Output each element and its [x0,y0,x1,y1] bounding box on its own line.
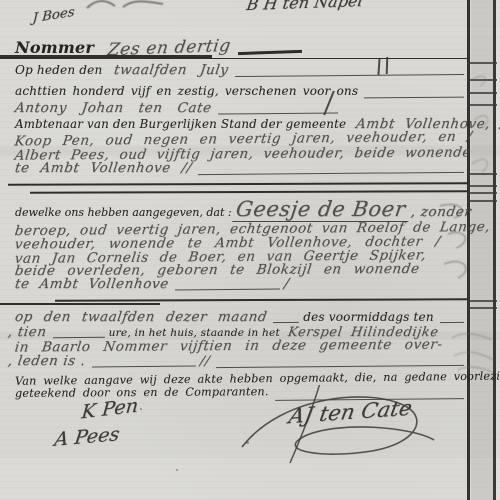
handwritten-death-date: op den twaalfden dezer maand [14,309,268,325]
pen-stroke [238,50,302,55]
margin-rule [468,200,497,202]
page-edge-light [496,0,500,500]
filler-stroke [440,322,464,323]
scanned-death-record: B H ten Napel J Boes Nommer Zes en derti… [0,0,500,500]
margin-rule [468,192,497,194]
signature-previous-registrar: B H ten Napel [245,0,364,14]
filler-stroke [273,322,299,323]
form-line-declaration: dewelke ons hebben aangegeven, dat : Gee… [15,197,468,221]
signature-witness-pees: A Pees [53,423,121,450]
filler-stroke [218,112,338,114]
handwritten-entry: , leden is . [7,353,87,369]
ink-dot [246,441,249,444]
section-rule [55,298,468,301]
margin-rule [468,300,497,302]
form-line-deceased-closing: , leden is . // [8,353,468,370]
margin-rule [468,185,497,187]
handwritten-entry: te Ambt Vollenhove [14,276,170,292]
section-rule [30,190,468,193]
filler-stroke [198,172,464,175]
signature-witness-boes: J Boes [32,5,75,26]
section-rule [0,303,160,305]
pen-flourish-mark: / [283,276,291,292]
form-line-date: Op heden den twaalfden July [15,62,468,79]
margin-rule [468,62,497,64]
ink-dot [140,408,142,410]
printed-form-text: des voormiddags ten [303,310,434,324]
filler-stroke [175,289,280,291]
printed-form-text: dewelke ons hebben aangegeven, dat : [15,206,232,219]
cut-signature-fragment [85,0,165,12]
form-line-residence: te Ambt Vollenhove // [15,160,468,177]
section-rule [8,182,468,185]
margin-rule [468,104,497,106]
filler-stroke [364,97,464,99]
ink-dot [176,469,178,471]
pen-flourish-mark: // [198,354,210,369]
form-line-registrar-name: Antony Johan ten Cate [15,100,468,117]
handwritten-registrar-name: Antony Johan ten Cate [14,100,213,116]
record-number-value: Zes en dertig [106,36,232,60]
nommer-label: Nommer [15,38,94,57]
page-fold-shade [471,0,494,500]
printed-form-text: Ambtenaar van den Burgerlijken Stand der… [15,117,346,131]
filler-stroke [235,74,464,77]
handwritten-entry: , zonder [410,204,473,220]
page-fold-line-right [493,0,496,500]
handwritten-deceased-name: Geesje de Boer [232,197,411,222]
nommer-row: Nommer Zes en dertig [15,38,468,58]
margin-rule [468,307,497,309]
printed-form-text: Op heden den [15,63,102,77]
printed-form-text: achttien honderd vijf en zestig, versche… [15,84,358,98]
paper-streak [0,28,500,35]
margin-rule [468,92,497,94]
handwritten-residence: te Ambt Vollenhove // [14,160,193,176]
handwritten-date: twaalfden July [113,62,230,78]
filler-stroke [92,366,196,368]
margin-rule [468,79,497,81]
form-line-residence-2: te Ambt Vollenhove / [15,276,468,293]
margin-rule [468,173,497,175]
form-line-year: achttien honderd vijf en zestig, versche… [15,84,468,101]
filler-stroke [216,365,464,368]
